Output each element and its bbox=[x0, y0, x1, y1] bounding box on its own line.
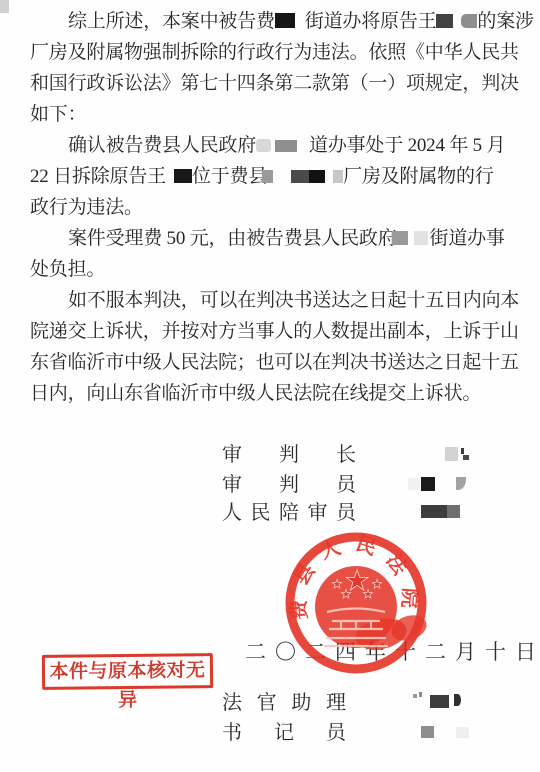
redaction-box bbox=[456, 727, 469, 738]
redaction-box bbox=[291, 170, 309, 183]
redaction-box bbox=[408, 478, 420, 490]
scan-corner-artifact bbox=[0, 0, 9, 13]
body-text: 日内，向山东省临沂市中级人民法院在线提交上诉状。 bbox=[30, 383, 481, 404]
body-line: 综上所述，本案中被告费街道办将原告王的案涉 bbox=[30, 6, 516, 37]
body-line: 确认被告费县人民政府道办事处于 2024 年 5 月 bbox=[30, 130, 516, 161]
body-text: 街道办事 bbox=[430, 228, 505, 249]
small-star-icon: ★ bbox=[341, 587, 352, 601]
redaction-box bbox=[262, 170, 273, 183]
gap bbox=[295, 26, 305, 27]
redaction-box bbox=[421, 505, 447, 518]
signature-row: 法官助理 bbox=[222, 692, 346, 714]
redaction-box bbox=[421, 477, 435, 491]
signature-role-label: 法官助理 bbox=[222, 692, 346, 714]
redaction-box bbox=[436, 14, 453, 28]
signature-row: 书记员 bbox=[222, 722, 346, 744]
body-text: 确认被告费县人民政府 bbox=[68, 135, 256, 156]
body-text: 的案涉 bbox=[477, 11, 533, 32]
body-text: 院递交上诉状，并按对方当事人的人数提出副本，上诉于山 bbox=[30, 321, 519, 342]
judgment-body: 综上所述，本案中被告费街道办将原告王的案涉厂房及附属物强制拆除的行政行为违法。依… bbox=[30, 6, 516, 409]
signature-role-label: 书记员 bbox=[222, 722, 346, 744]
redaction-box bbox=[421, 726, 434, 738]
body-text: 案件受理费 50 元，由被告费县人民政府 bbox=[68, 228, 397, 249]
body-text: 街道办将原告王 bbox=[305, 11, 437, 32]
signature-role-label: 审判员 bbox=[222, 474, 356, 496]
body-text: 道办事处于 2024 年 5 月 bbox=[309, 135, 505, 156]
gap bbox=[325, 181, 333, 182]
redacted-name bbox=[405, 476, 495, 494]
body-line: 日内，向山东省临沂市中级人民法院在线提交上诉状。 bbox=[30, 378, 516, 409]
body-line: 22 日拆除原告王位于费县厂房及附属物的行 bbox=[30, 161, 516, 192]
body-line: 厂房及附属物强制拆除的行政行为违法。依照《中华人民共 bbox=[30, 37, 516, 68]
body-text: 东省临沂市中级人民法院；也可以在判决书送达之日起十五 bbox=[30, 352, 519, 373]
body-text: 综上所述，本案中被告费 bbox=[68, 11, 275, 32]
body-line: 如不服本判决，可以在判决书送达之日起十五日内向本 bbox=[30, 285, 516, 316]
signature-row: 审判员 bbox=[222, 474, 356, 496]
body-text: 厂房及附属物的行 bbox=[343, 166, 493, 187]
body-text: 处负担。 bbox=[30, 259, 105, 280]
signature-row: 人民陪审员 bbox=[222, 502, 356, 524]
redaction-box bbox=[413, 694, 417, 698]
redaction-box bbox=[447, 505, 460, 518]
body-line: 案件受理费 50 元，由被告费县人民政府街道办事 bbox=[30, 223, 516, 254]
redaction-box bbox=[445, 447, 458, 461]
gap bbox=[166, 181, 174, 182]
redacted-name bbox=[405, 724, 495, 742]
signature-row: 审判长 bbox=[222, 444, 356, 466]
body-line: 东省临沂市中级人民法院；也可以在判决书送达之日起十五 bbox=[30, 347, 516, 378]
gap bbox=[297, 150, 309, 151]
body-line: 院递交上诉状，并按对方当事人的人数提出副本，上诉于山 bbox=[30, 316, 516, 347]
redacted-name bbox=[405, 504, 495, 522]
body-line: 处负担。 bbox=[30, 254, 516, 285]
verification-stamp: 本件与原本核对无异 bbox=[42, 653, 213, 690]
redaction-box bbox=[256, 139, 271, 152]
body-text: 和国行政诉讼法》第七十四条第二款第（一）项规定，判决 bbox=[30, 73, 519, 94]
redaction-box bbox=[430, 695, 449, 708]
signature-role-label: 人民陪审员 bbox=[222, 502, 356, 524]
body-text: 厂房及附属物强制拆除的行政行为违法。依照《中华人民共 bbox=[30, 42, 519, 63]
court-seal: 费县人民法院 ★ ★ ★ ★ ★ bbox=[281, 528, 431, 678]
body-text: 如不服本判决，可以在判决书送达之日起十五日内向本 bbox=[68, 290, 519, 311]
redacted-name bbox=[405, 694, 495, 712]
redaction-box bbox=[419, 692, 422, 697]
redaction-box bbox=[454, 694, 461, 706]
redaction-box bbox=[456, 477, 466, 490]
redaction-box bbox=[275, 140, 297, 152]
redaction-box bbox=[275, 13, 295, 28]
body-line: 和国行政诉讼法》第七十四条第二款第（一）项规定，判决 bbox=[30, 68, 516, 99]
gap bbox=[453, 26, 461, 27]
small-star-icon: ★ bbox=[372, 577, 383, 591]
redaction-box bbox=[309, 170, 325, 183]
redaction-box bbox=[392, 231, 408, 245]
gap bbox=[273, 181, 291, 182]
signature-role-label: 审判长 bbox=[222, 444, 356, 466]
body-line: 政行为违法。 bbox=[30, 192, 516, 223]
body-text: 22 日拆除原告王 bbox=[30, 166, 166, 187]
body-text: 政行为违法。 bbox=[30, 197, 143, 218]
body-text: 位于费县 bbox=[192, 166, 267, 187]
body-line: 如下： bbox=[30, 99, 516, 130]
verification-stamp-text: 本件与原本核对无异 bbox=[49, 660, 205, 711]
redaction-box bbox=[333, 170, 343, 183]
judgment-document: 综上所述，本案中被告费街道办将原告王的案涉厂房及附属物强制拆除的行政行为违法。依… bbox=[0, 0, 540, 772]
redaction-box bbox=[461, 448, 464, 454]
redacted-name bbox=[405, 446, 495, 464]
body-text: 如下： bbox=[30, 104, 86, 125]
redaction-box bbox=[174, 169, 192, 183]
redaction-box bbox=[463, 455, 469, 460]
redaction-box bbox=[414, 231, 428, 245]
redaction-box bbox=[461, 14, 477, 28]
